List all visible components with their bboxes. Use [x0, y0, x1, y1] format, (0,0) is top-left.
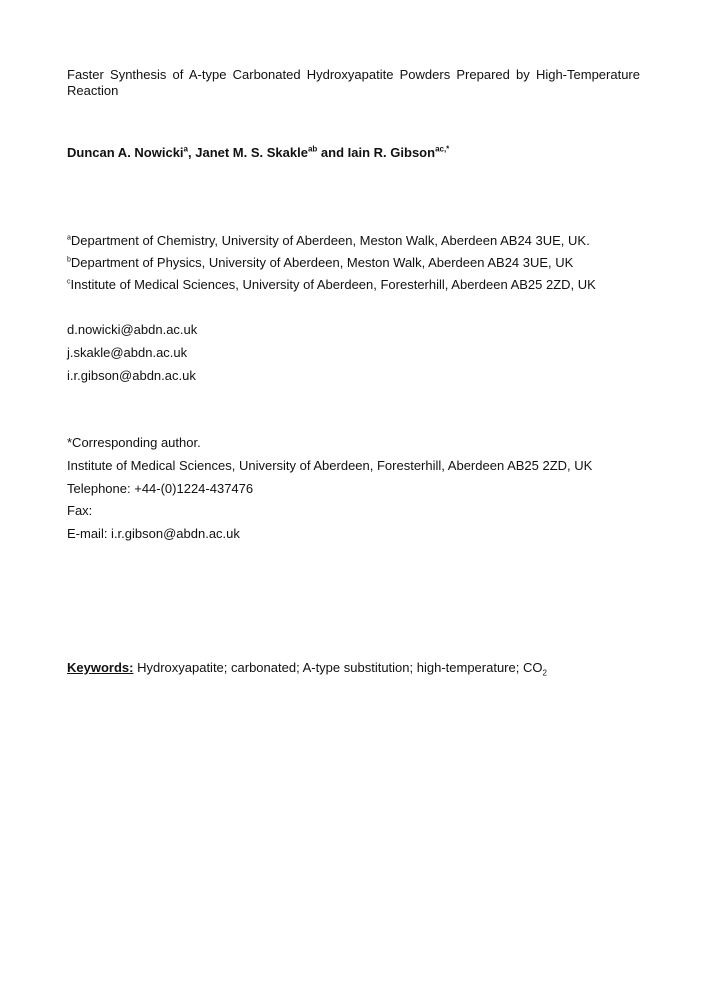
affiliation-text: Institute of Medical Sciences, Universit… — [71, 277, 596, 292]
keywords-text: Hydroxyapatite; carbonated; A-type subst… — [133, 660, 542, 675]
title-line-2: Reaction — [67, 83, 118, 98]
email-address: j.skakle@abdn.ac.uk — [67, 345, 187, 361]
author-affiliation-marker: ac,* — [435, 145, 449, 154]
keywords-label: Keywords: — [67, 660, 133, 675]
keywords-subscript: 2 — [542, 669, 546, 678]
affiliation: bDepartment of Physics, University of Ab… — [67, 255, 573, 271]
author-name: Duncan A. Nowicki — [67, 145, 184, 160]
affiliation-text: Department of Physics, University of Abe… — [71, 255, 573, 270]
author-affiliation-marker: ab — [308, 145, 317, 154]
author-name: Iain R. Gibson — [348, 145, 435, 160]
affiliation: aDepartment of Chemistry, University of … — [67, 233, 590, 249]
affiliation: cInstitute of Medical Sciences, Universi… — [67, 277, 596, 293]
corresponding-email: E-mail: i.r.gibson@abdn.ac.uk — [67, 526, 240, 542]
keywords: Keywords: Hydroxyapatite; carbonated; A-… — [67, 660, 547, 676]
author-list: Duncan A. Nowickia, Janet M. S. Skakleab… — [67, 145, 449, 160]
paper-title-page: Faster Synthesis of A-type Carbonated Hy… — [0, 0, 707, 1000]
corresponding-fax: Fax: — [67, 503, 92, 519]
email-address: i.r.gibson@abdn.ac.uk — [67, 368, 196, 384]
corresponding-address: Institute of Medical Sciences, Universit… — [67, 458, 592, 474]
title-line-1: Faster Synthesis of A-type Carbonated Hy… — [67, 67, 640, 83]
email-address: d.nowicki@abdn.ac.uk — [67, 322, 197, 338]
corresponding-heading: *Corresponding author. — [67, 435, 201, 451]
paper-title: Faster Synthesis of A-type Carbonated Hy… — [67, 67, 640, 99]
corresponding-telephone: Telephone: +44-(0)1224-437476 — [67, 481, 253, 497]
author-name: Janet M. S. Skakle — [195, 145, 308, 160]
affiliation-text: Department of Chemistry, University of A… — [71, 233, 590, 248]
author-separator: and — [317, 145, 347, 160]
